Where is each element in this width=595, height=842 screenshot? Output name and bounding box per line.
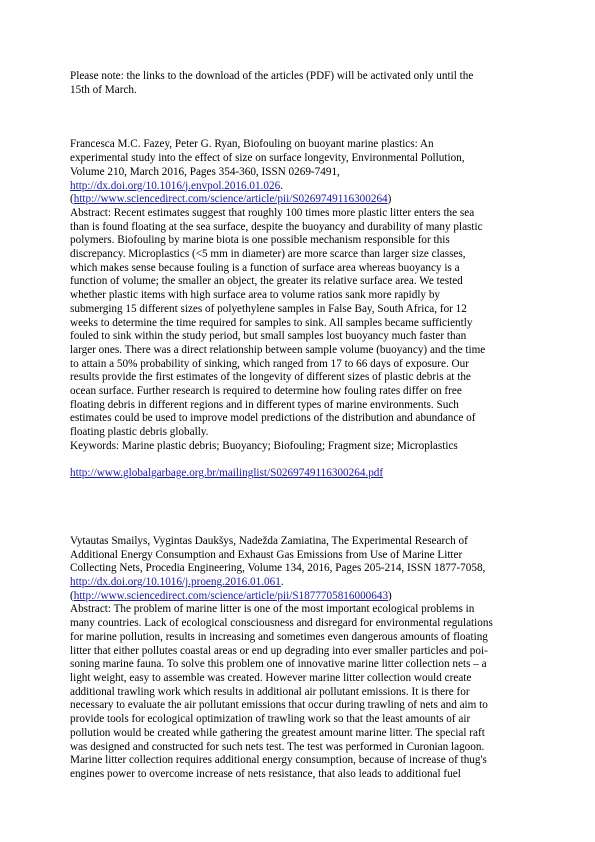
abstract-line: litter that either pollutes coastal area… — [70, 645, 540, 659]
abstract-line: results provide the first estimates of t… — [70, 371, 540, 385]
punctuation: . — [280, 180, 283, 192]
abstract-line: weeks to determine the time required for… — [70, 317, 540, 331]
abstract-line: necessary to evaluate the air pollutant … — [70, 699, 540, 713]
download-note: Please note: the links to the download o… — [70, 70, 540, 97]
sciencedirect-link[interactable]: http://www.sciencedirect.com/science/art… — [74, 590, 388, 602]
doi-line: http://dx.doi.org/10.1016/j.envpol.2016.… — [70, 180, 540, 194]
abstract-line: many countries. Lack of ecological consc… — [70, 617, 540, 631]
abstract-line: whether plastic items with high surface … — [70, 289, 540, 303]
doi-link[interactable]: http://dx.doi.org/10.1016/j.proeng.2016.… — [70, 576, 281, 588]
article-citation: Francesca M.C. Fazey, Peter G. Ryan, Bio… — [70, 138, 540, 207]
doi-line: http://dx.doi.org/10.1016/j.proeng.2016.… — [70, 576, 540, 590]
abstract-line: Abstract: The problem of marine litter i… — [70, 603, 540, 617]
abstract-line: function of volume; the smaller an objec… — [70, 275, 540, 289]
citation-line: Vytautas Smailys, Vygintas Daukšys, Nade… — [70, 535, 540, 549]
abstract-line: ocean surface. Further research is requi… — [70, 385, 540, 399]
document-page: Please note: the links to the download o… — [70, 70, 540, 782]
pdf-download-link[interactable]: http://www.globalgarbage.org.br/mailingl… — [70, 467, 383, 479]
abstract-line: than is found floating at the sea surfac… — [70, 221, 540, 235]
abstract-line: discrepancy. Microplastics (<5 mm in dia… — [70, 248, 540, 262]
sciencedirect-line: (http://www.sciencedirect.com/science/ar… — [70, 590, 540, 604]
article-keywords: Keywords: Marine plastic debris; Buoyanc… — [70, 440, 540, 454]
abstract-line: polymers. Biofouling by marine biota is … — [70, 234, 540, 248]
citation-line: Collecting Nets, Procedia Engineering, V… — [70, 562, 540, 576]
punctuation: . — [281, 576, 284, 588]
abstract-line: soning marine fauna. To solve this probl… — [70, 658, 540, 672]
article-1: Francesca M.C. Fazey, Peter G. Ryan, Bio… — [70, 138, 540, 481]
abstract-line: provide tools for ecological optimizatio… — [70, 713, 540, 727]
abstract-line: floating debris in different regions and… — [70, 399, 540, 413]
abstract-line: light weight, easy to assemble was creat… — [70, 672, 540, 686]
abstract-line: larger ones. There was a direct relation… — [70, 344, 540, 358]
abstract-line: fouled to sink within the study period, … — [70, 330, 540, 344]
punctuation: ) — [388, 590, 392, 602]
abstract-line: for marine pollution, results in increas… — [70, 631, 540, 645]
sciencedirect-line: (http://www.sciencedirect.com/science/ar… — [70, 193, 540, 207]
article-citation: Vytautas Smailys, Vygintas Daukšys, Nade… — [70, 535, 540, 604]
citation-line: Francesca M.C. Fazey, Peter G. Ryan, Bio… — [70, 138, 540, 152]
abstract-line: Abstract: Recent estimates suggest that … — [70, 207, 540, 221]
abstract-line: was designed and constructed for such ne… — [70, 741, 540, 755]
doi-link[interactable]: http://dx.doi.org/10.1016/j.envpol.2016.… — [70, 180, 280, 192]
article-abstract: Abstract: Recent estimates suggest that … — [70, 207, 540, 440]
abstract-line: estimates could be used to improve model… — [70, 412, 540, 426]
abstract-line: Marine litter collection requires additi… — [70, 754, 540, 768]
article-2: Vytautas Smailys, Vygintas Daukšys, Nade… — [70, 535, 540, 782]
abstract-line: pollution would be created while gatheri… — [70, 727, 540, 741]
abstract-line: engines power to overcome increase of ne… — [70, 768, 540, 782]
note-line: 15th of March. — [70, 84, 540, 98]
abstract-line: submerging 15 different sizes of polyeth… — [70, 303, 540, 317]
abstract-line: which makes sense because fouling is a f… — [70, 262, 540, 276]
pdf-line: http://www.globalgarbage.org.br/mailingl… — [70, 467, 540, 481]
punctuation: ) — [388, 193, 392, 205]
abstract-line: to attain a 50% probability of sinking, … — [70, 358, 540, 372]
sciencedirect-link[interactable]: http://www.sciencedirect.com/science/art… — [74, 193, 388, 205]
article-abstract: Abstract: The problem of marine litter i… — [70, 603, 540, 781]
note-line: Please note: the links to the download o… — [70, 70, 540, 84]
citation-line: experimental study into the effect of si… — [70, 152, 540, 166]
abstract-line: floating plastic debris globally. — [70, 426, 540, 440]
citation-line: Volume 210, March 2016, Pages 354-360, I… — [70, 166, 540, 180]
abstract-line: additional trawling work which results i… — [70, 686, 540, 700]
citation-line: Additional Energy Consumption and Exhaus… — [70, 549, 540, 563]
